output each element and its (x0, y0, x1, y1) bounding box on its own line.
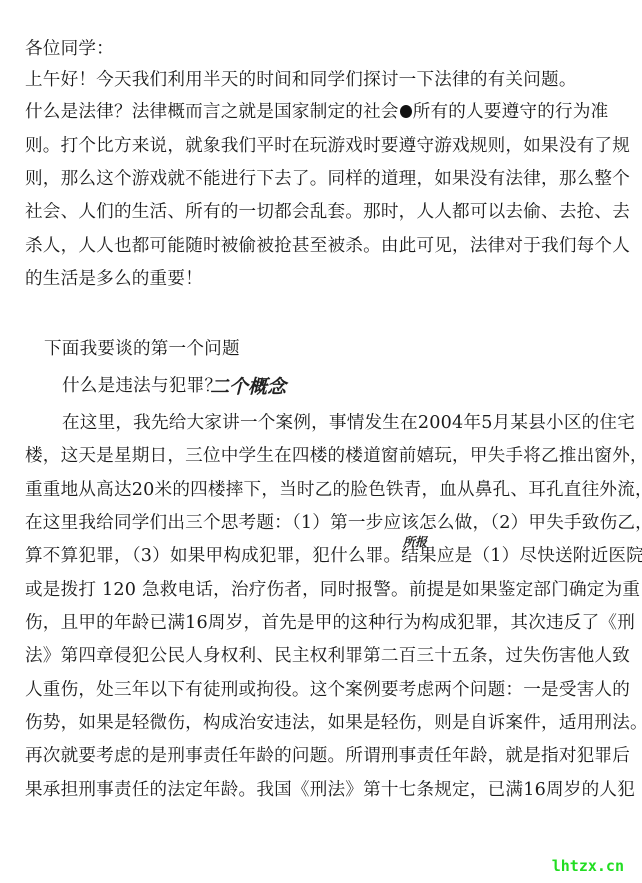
paragraph-line: 什么是法律？法律概而言之就是国家制定的社会所有的人要遵守的行为准 (25, 101, 608, 123)
paragraph-line: 法》第四章侵犯公民人身权利、民主权利罪第二百三十五条，过失伤害他人致 (25, 645, 630, 667)
ink-blot (400, 105, 412, 118)
paragraph-line: 伤，且甲的年龄已满16周岁，首先是甲的这种行为构成犯罪，其次违反了《刑 (25, 612, 635, 634)
paragraph-line: 楼，这天是星期日，三位中学生在四楼的楼道窗前嬉玩，甲失手将乙推出窗外， (25, 445, 642, 467)
watermark: lhtzx.cn (552, 857, 624, 875)
paragraph-line: 重重地从高达20米的四楼摔下，当时乙的脸色铁青，血从鼻孔、耳孔直往外流， (25, 479, 642, 501)
handwritten-note: 二个概念 (210, 372, 286, 399)
paragraph-line: 则。打个比方来说，就象我们平时在玩游戏时要遵守游戏规则，如果没有了规 (25, 135, 630, 157)
greeting: 各位同学： (25, 38, 114, 60)
paragraph-line-part: 所有的人要遵守的行为准 (413, 102, 609, 122)
paragraph-line-part: 什么是法律？法律概而言之就是国家制定的社会 (25, 102, 399, 122)
paragraph-line: 再次就要考虑的是刑事责任年龄的问题。所谓刑事责任年龄，就是指对犯罪后 (25, 745, 630, 767)
paragraph-line: 果承担刑事责任的法定年龄。我国《刑法》第十七条规定，已满16周岁的人犯 (25, 779, 635, 801)
paragraph-line: 社会、人们的生活、所有的一切都会乱套。那时，人人都可以去偷、去抢、去 (25, 201, 630, 223)
paragraph-line: 人重伤，处三年以下有徒刑或拘役。这个案例要考虑两个问题：一是受害人的 (25, 679, 630, 701)
paragraph-line: 算不算犯罪，（3）如果甲构成犯罪，犯什么罪。结果应是（1）尽快送附近医院 (25, 545, 642, 567)
section-heading: 下面我要谈的第一个问题 (44, 338, 240, 360)
paragraph-line: 或是拨打 120 急救电话，治疗伤者，同时报警。前提是如果鉴定部门确定为重 (25, 579, 640, 601)
paragraph-line: 杀人，人人也都可能随时被偷被抢甚至被杀。由此可见，法律对于我们每个人 (25, 235, 630, 257)
paragraph-line: 上午好！今天我们利用半天的时间和同学们探讨一下法律的有关问题。 (25, 69, 577, 91)
paragraph-line: 则，那么这个游戏就不能进行下去了。同样的道理，如果没有法律，那么整个 (25, 168, 630, 190)
subsection-heading: 什么是违法与犯罪？ (62, 375, 222, 397)
paragraph-line: 伤势，如果是轻微伤，构成治安违法，如果是轻伤，则是自诉案件，适用刑法。 (25, 712, 642, 734)
paragraph-line: 的生活是多么的重要！ (25, 268, 203, 290)
paragraph-line: 在这里，我先给大家讲一个案例，事情发生在2004年5月某县小区的住宅 (62, 412, 635, 434)
paragraph-line: 在这里我给同学们出三个思考题：（1）第一步应该怎么做，（2）甲失手致伤乙， (25, 512, 642, 534)
scanned-document-page: 各位同学： 上午好！今天我们利用半天的时间和同学们探讨一下法律的有关问题。 什么… (0, 0, 642, 883)
